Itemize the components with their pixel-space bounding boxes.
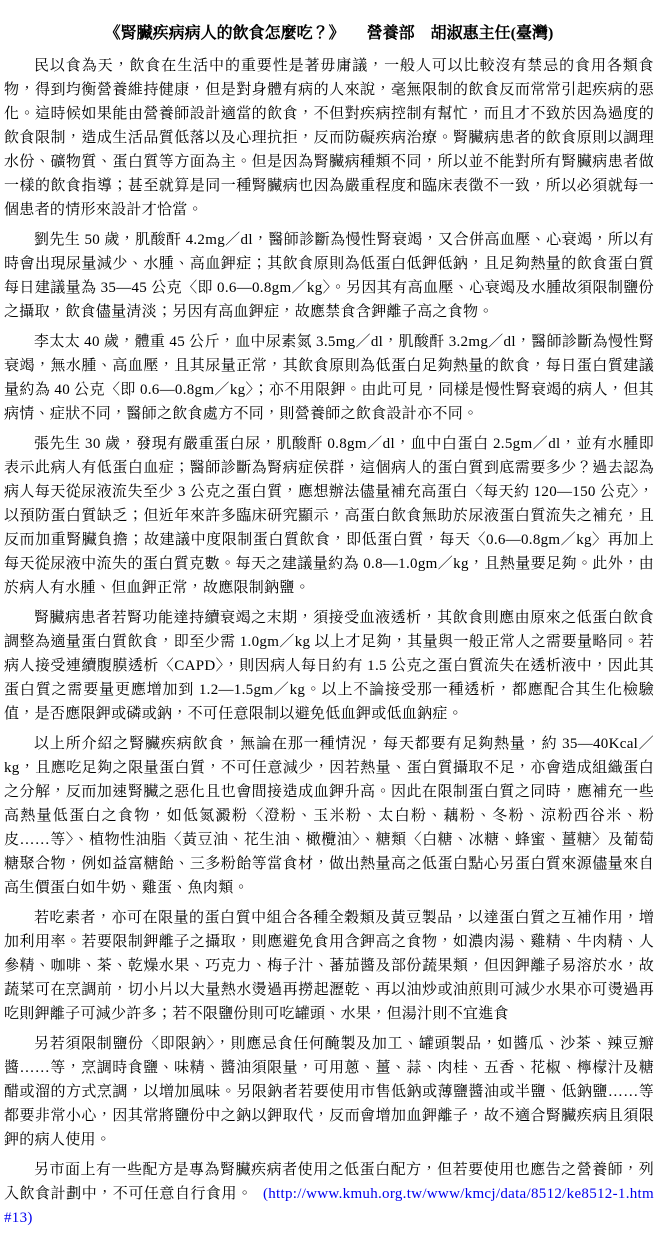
paragraph-calories: 以上所介紹之腎臟疾病飲食，無論在那一種情況，每天都要有足夠熱量，約 35—40K…: [4, 732, 654, 900]
paragraph-case-chang: 張先生 30 歲，發現有嚴重蛋白尿，肌酸酐 0.8gm／dl，血中白蛋白 2.5…: [4, 432, 654, 600]
byline-department: 營養部: [367, 25, 415, 42]
document-page: 《腎臟疾病病人的飲食怎麼吃？》 營養部 胡淑惠主任(臺灣) 民以食為天，飲食在生…: [0, 0, 658, 1240]
paragraph-closing: 另市面上有一些配方是專為腎臟疾病者使用之低蛋白配方，但若要使用也應告之營養師，列…: [4, 1158, 654, 1230]
document-header: 《腎臟疾病病人的飲食怎麼吃？》 營養部 胡淑惠主任(臺灣): [4, 22, 654, 46]
page-title: 《腎臟疾病病人的飲食怎麼吃？》: [105, 25, 345, 42]
paragraph-dialysis: 腎臟病患者若腎功能達持續衰竭之末期，須接受血液透析，其飲食則應由原來之低蛋白飲食…: [4, 606, 654, 726]
paragraph-intro: 民以食為天，飲食在生活中的重要性是著毋庸議，一般人可以比較沒有禁忌的食用各類食物…: [4, 54, 654, 222]
paragraph-case-li: 李太太 40 歲，體重 45 公斤，血中尿素氮 3.5mg／dl，肌酸酐 3.2…: [4, 330, 654, 426]
paragraph-sodium-restriction: 另若須限制鹽份〈即限鈉〉，則應忌食任何醃製及加工、罐頭製品，如醬瓜、沙茶、辣豆瓣…: [4, 1032, 654, 1152]
paragraph-vegetarian-potassium: 若吃素者，亦可在限量的蛋白質中組合各種全穀類及黃豆製品，以達蛋白質之互補作用，增…: [4, 906, 654, 1026]
byline-author: 胡淑惠主任(臺灣): [431, 25, 554, 42]
paragraph-case-liu: 劉先生 50 歲，肌酸酐 4.2mg／dl，醫師診斷為慢性腎衰竭，又合併高血壓、…: [4, 228, 654, 324]
